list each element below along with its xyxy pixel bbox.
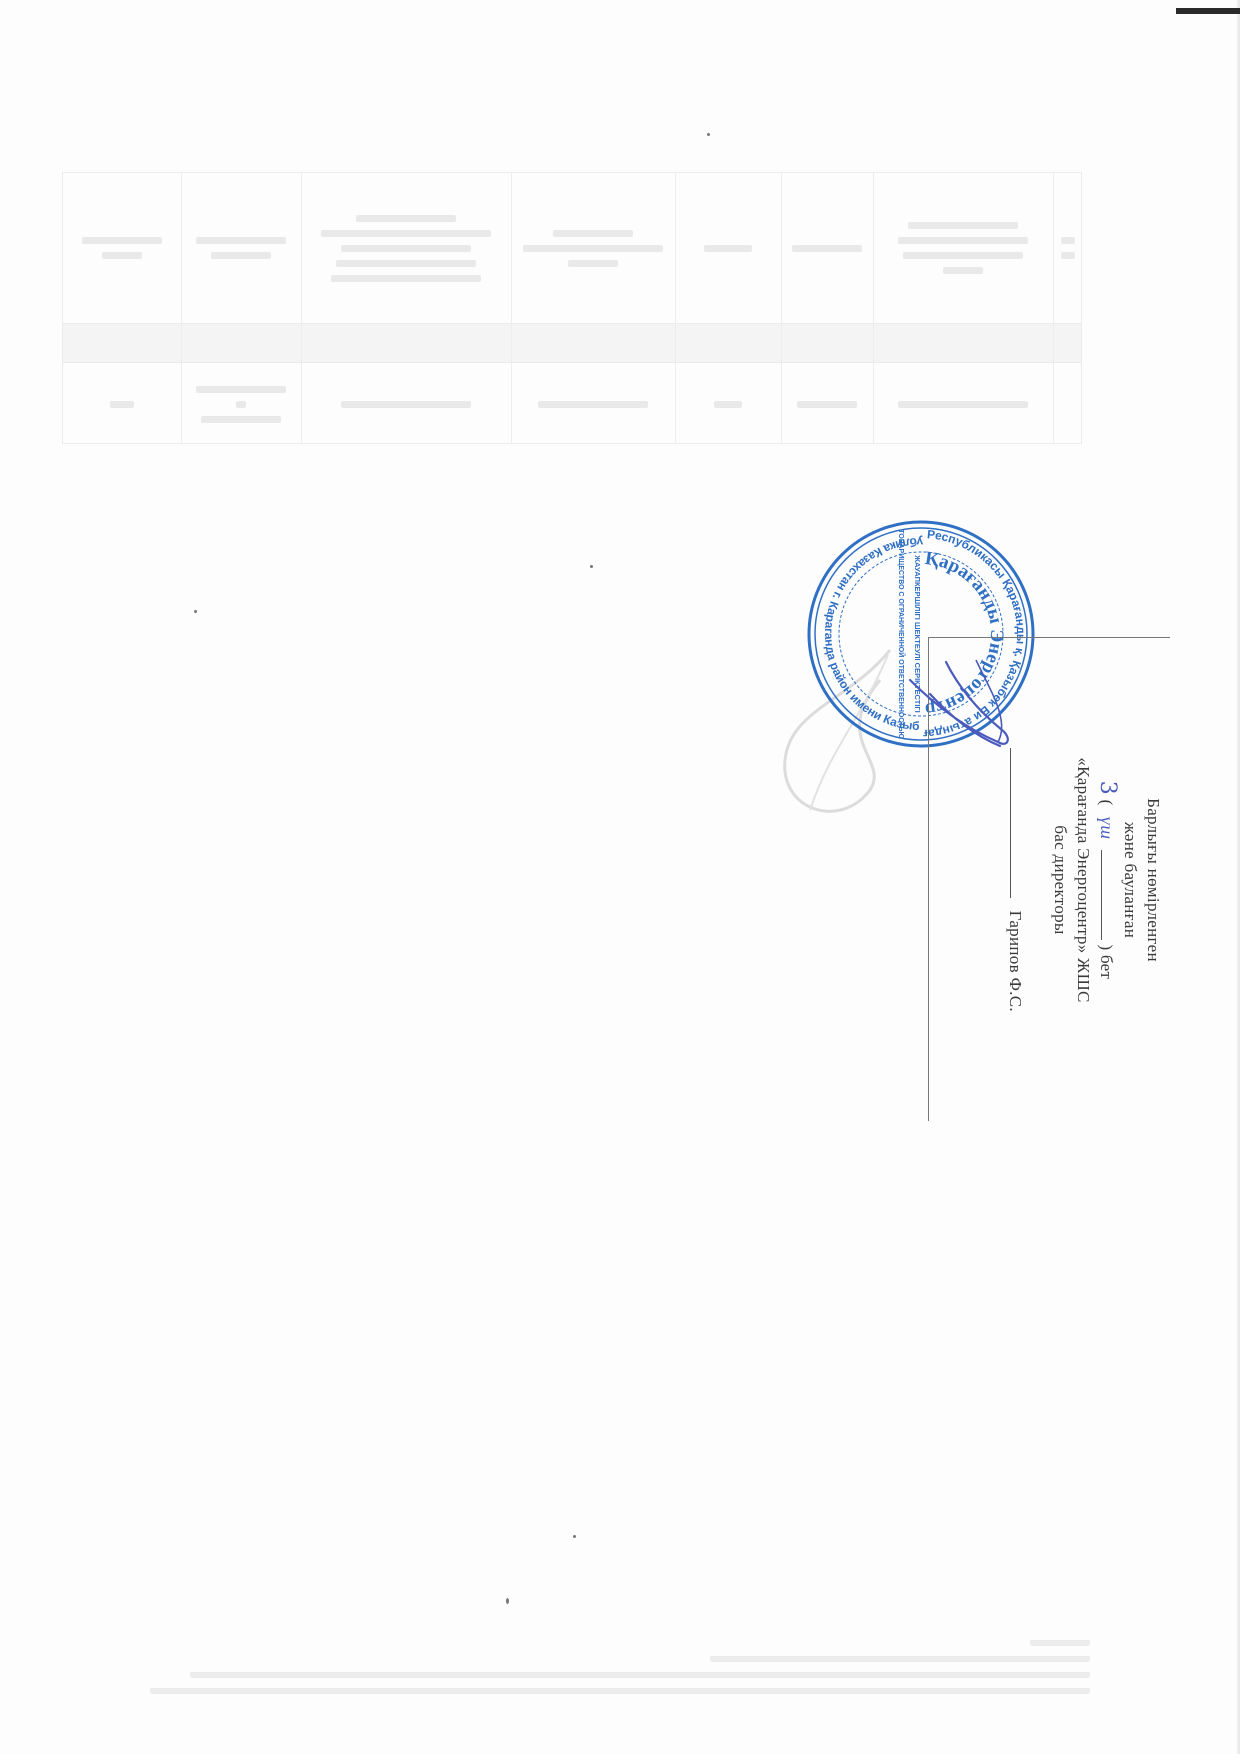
table-data-cell [873,363,1053,445]
pages-suffix: бет [1097,954,1116,978]
table-data-cell [181,363,301,445]
table-caption [745,138,1075,148]
scan-speck [573,1535,576,1538]
faded-table [62,172,1082,444]
signer-title: бас директоры [1049,645,1072,1115]
faded-footnote [130,1630,1090,1694]
table-header-cell [63,173,181,323]
scan-speck [506,1598,509,1604]
table-header-cell [1053,173,1083,323]
table-section-band [63,323,1081,363]
table-header-cell [511,173,675,323]
pages-word: үш [1097,816,1117,839]
table-header-cell [781,173,873,323]
binding-line-numbered: Барлығы нөмірленген [1142,645,1165,1115]
scan-corner-mark [1176,8,1240,14]
table-data-cell [675,363,781,445]
binding-org: «Қарағанда Энергоцентр» ЖШС [1072,645,1095,1115]
handwritten-signature [880,650,1030,770]
table-header-cell [675,173,781,323]
table-header-cell [873,173,1053,323]
table-data-cell [301,363,511,445]
scan-speck [194,610,197,613]
table-header-cell [301,173,511,323]
binding-pages-count: 3 ( үш ) бет [1095,645,1119,1115]
scan-speck [707,133,710,136]
table-data-cell [511,363,675,445]
table-header-cell [181,173,301,323]
scan-speck [590,565,593,568]
table-data-cell [781,363,873,445]
pages-number: 3 [1095,780,1120,794]
table-data-cell [63,363,181,445]
signer-name: Гарипов Ф.С. [1006,910,1025,1011]
binding-line-bound: және бауланған [1119,645,1142,1115]
